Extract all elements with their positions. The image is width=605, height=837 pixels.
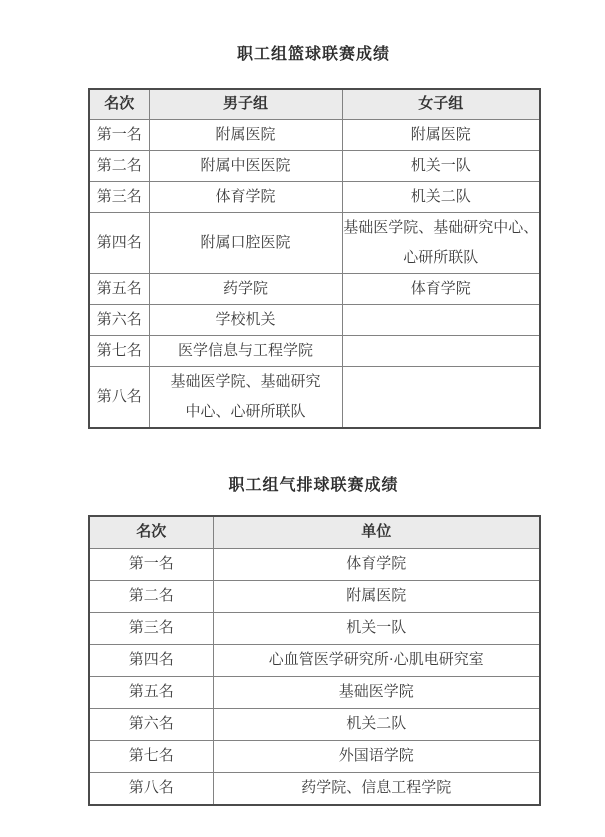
team-cell: 机关二队 — [213, 709, 540, 741]
table-row: 第三名体育学院机关二队 — [89, 181, 540, 212]
basketball-results-title: 职工组篮球联赛成绩 — [88, 45, 539, 65]
table-row: 第五名基础医学院 — [89, 677, 540, 709]
basketball-table-body: 第一名附属医院附属医院第二名附属中医医院机关一队第三名体育学院机关二队第四名附属… — [89, 119, 540, 428]
volleyball-results-table: 名次 单位 第一名体育学院第二名附属医院第三名机关一队第四名心血管医学研究所·心… — [88, 515, 541, 807]
rank-cell: 第四名 — [89, 212, 149, 273]
table-row: 第五名药学院体育学院 — [89, 273, 540, 304]
table-row: 第四名附属口腔医院基础医学院、基础研究中心、心研所联队 — [89, 212, 540, 273]
team-cell: 机关二队 — [342, 181, 540, 212]
column-header-womens-group: 女子组 — [342, 89, 540, 119]
team-cell — [342, 335, 540, 366]
column-header-rank: 名次 — [89, 516, 213, 549]
table-row: 第二名附属医院 — [89, 581, 540, 613]
rank-cell: 第三名 — [89, 613, 213, 645]
table-row: 第七名外国语学院 — [89, 741, 540, 773]
team-cell: 医学信息与工程学院 — [149, 335, 342, 366]
table-row: 第六名机关二队 — [89, 709, 540, 741]
team-cell: 基础医学院 — [213, 677, 540, 709]
rank-cell: 第八名 — [89, 366, 149, 428]
rank-cell: 第二名 — [89, 581, 213, 613]
page-content: 职工组篮球联赛成绩 名次 男子组 女子组 第一名附属医院附属医院第二名附属中医医… — [0, 0, 605, 806]
table-row: 第六名学校机关 — [89, 304, 540, 335]
rank-cell: 第六名 — [89, 304, 149, 335]
column-header-mens-group: 男子组 — [149, 89, 342, 119]
team-cell: 附属口腔医院 — [149, 212, 342, 273]
table-row: 第八名基础医学院、基础研究中心、心研所联队 — [89, 366, 540, 428]
column-header-unit: 单位 — [213, 516, 540, 549]
basketball-results-table: 名次 男子组 女子组 第一名附属医院附属医院第二名附属中医医院机关一队第三名体育… — [88, 88, 541, 429]
rank-cell: 第八名 — [89, 773, 213, 806]
rank-cell: 第七名 — [89, 335, 149, 366]
team-cell: 外国语学院 — [213, 741, 540, 773]
basketball-table-header: 名次 男子组 女子组 — [89, 89, 540, 119]
team-cell: 附属医院 — [342, 119, 540, 150]
team-cell: 体育学院 — [342, 273, 540, 304]
rank-cell: 第七名 — [89, 741, 213, 773]
team-cell: 药学院 — [149, 273, 342, 304]
table-row: 第一名体育学院 — [89, 549, 540, 581]
table-row: 第四名心血管医学研究所·心肌电研究室 — [89, 645, 540, 677]
team-cell: 附属医院 — [213, 581, 540, 613]
rank-cell: 第六名 — [89, 709, 213, 741]
header-row: 名次 单位 — [89, 516, 540, 549]
team-cell — [342, 304, 540, 335]
rank-cell: 第五名 — [89, 677, 213, 709]
team-cell: 基础医学院、基础研究中心、心研所联队 — [149, 366, 342, 428]
table-row: 第三名机关一队 — [89, 613, 540, 645]
table-row: 第二名附属中医医院机关一队 — [89, 150, 540, 181]
rank-cell: 第一名 — [89, 549, 213, 581]
document-page: { "basketball": { "title": "职工组篮球联赛成绩", … — [0, 0, 605, 837]
column-header-rank: 名次 — [89, 89, 149, 119]
rank-cell: 第四名 — [89, 645, 213, 677]
rank-cell: 第二名 — [89, 150, 149, 181]
team-cell: 附属中医医院 — [149, 150, 342, 181]
table-row: 第一名附属医院附属医院 — [89, 119, 540, 150]
volleyball-results-title: 职工组气排球联赛成绩 — [88, 476, 539, 496]
team-cell: 体育学院 — [149, 181, 342, 212]
rank-cell: 第五名 — [89, 273, 149, 304]
team-cell — [342, 366, 540, 428]
rank-cell: 第三名 — [89, 181, 149, 212]
team-cell: 机关一队 — [213, 613, 540, 645]
team-cell: 心血管医学研究所·心肌电研究室 — [213, 645, 540, 677]
table-row: 第八名药学院、信息工程学院 — [89, 773, 540, 806]
table-row: 第七名医学信息与工程学院 — [89, 335, 540, 366]
team-cell: 体育学院 — [213, 549, 540, 581]
rank-cell: 第一名 — [89, 119, 149, 150]
volleyball-table-header: 名次 单位 — [89, 516, 540, 549]
team-cell: 附属医院 — [149, 119, 342, 150]
team-cell: 学校机关 — [149, 304, 342, 335]
header-row: 名次 男子组 女子组 — [89, 89, 540, 119]
team-cell: 基础医学院、基础研究中心、心研所联队 — [342, 212, 540, 273]
team-cell: 机关一队 — [342, 150, 540, 181]
volleyball-table-body: 第一名体育学院第二名附属医院第三名机关一队第四名心血管医学研究所·心肌电研究室第… — [89, 549, 540, 806]
team-cell: 药学院、信息工程学院 — [213, 773, 540, 806]
